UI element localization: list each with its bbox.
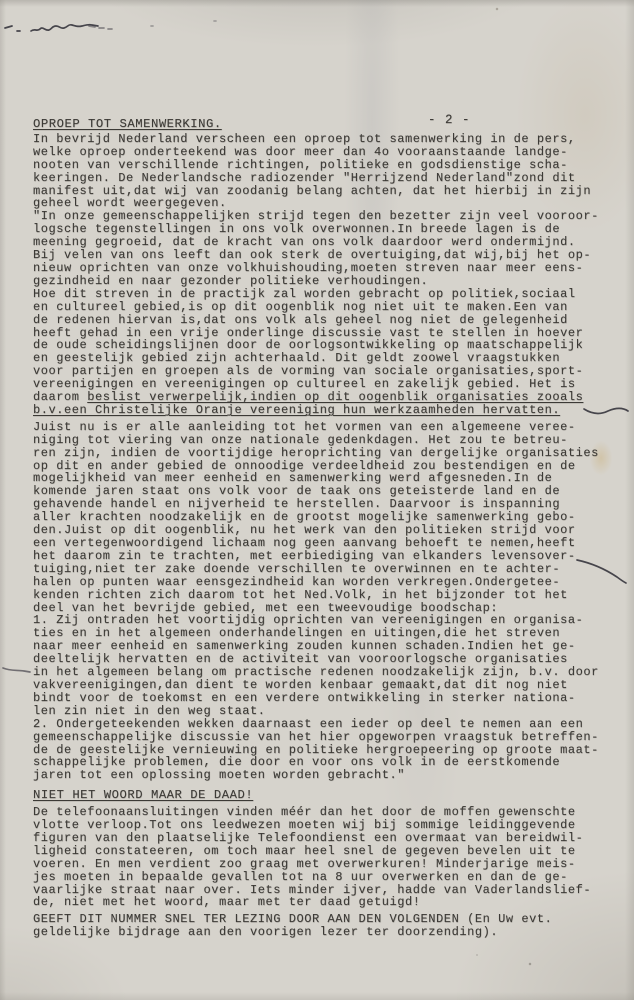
text-line: halen op punten waar eensgezindheid kan … [33, 576, 612, 589]
text-line: voeren. En men verdient zoo graag met ov… [33, 858, 612, 871]
pen-mark-left-margin [3, 668, 30, 672]
text-line: de, niet met het woord, maar met ter daa… [33, 896, 612, 909]
section-heading: NIET HET WOORD MAAR DE DAAD! [33, 789, 612, 802]
text-line: welke oproep onderteekend was door meer … [33, 146, 612, 159]
text-line: keeringen. De Nederlandsche radiozender … [33, 172, 612, 185]
pen-squiggle [31, 25, 98, 31]
text-line: en cultureel gebied,is op dit oogenblik … [33, 301, 612, 314]
text-line: b.v.een Christelijke Oranje vereeniging … [33, 404, 612, 417]
text-line: bindt voor de toekomst en een verdere on… [33, 692, 612, 705]
text-line: niging tot viering van onze nationale ge… [33, 434, 612, 447]
paragraph: In bevrijd Nederland verscheen een oproe… [33, 133, 612, 417]
text-line: len zin niet in den weg staat. [33, 705, 612, 718]
text-line: nieuw oprichten van onze volkhuishouding… [33, 262, 612, 275]
text-line: tuiging,niet ter zake doende verschillen… [33, 563, 612, 576]
text-line: nooten van verschillende richtingen, pol… [33, 159, 612, 172]
text-line: vlotte verloop.Tot ons leedwezen moeten … [33, 819, 612, 832]
text-line: gezindheid en naar gezonder politieke ve… [33, 275, 612, 288]
text-line: het daarom zin te trachten, met eerbiedi… [33, 550, 612, 563]
text-line: In bevrijd Nederland verscheen een oproe… [33, 133, 612, 146]
text-line: Juist nu is er alle aanleiding tot het v… [33, 421, 612, 434]
text-line: jaren tot een oplossing moeten worden ge… [33, 769, 612, 782]
paragraph: GEEFT DIT NUMMER SNEL TER LEZING DOOR AA… [33, 913, 612, 939]
document-text: OPROEP TOT SAMENWERKING.In bevrijd Neder… [33, 118, 612, 939]
text-line: jes moeten in bepaalde gevallen tot na 8… [33, 871, 612, 884]
text-line: een vertegenwoordigend lichaam nog geen … [33, 537, 612, 550]
text-line: de redenen hiervan is,dat ons volk als g… [33, 314, 612, 327]
pen-squiggle-tail [89, 26, 112, 29]
text-line: geldelijke bijdrage aan den voorigen lez… [33, 926, 612, 939]
text-line: ren zijn, indien de voortijdige heropric… [33, 447, 612, 460]
text-line: figuren van den plaatselijke Telefoondie… [33, 832, 612, 845]
paragraph: Juist nu is er alle aanleiding tot het v… [33, 421, 612, 782]
text-line: vakvereenigingen,dan dient te worden ken… [33, 679, 612, 692]
text-line: gemeenschappelijke discussie van het hie… [33, 731, 612, 744]
text-line: ligheid constateeren, om toch maar heel … [33, 845, 612, 858]
text-line: kenden richten zich daarom tot het Ned.V… [33, 589, 612, 602]
paragraph: De telefoonaansluitingen vinden méér dan… [33, 806, 612, 909]
pen-squiggle-dash [5, 26, 12, 28]
text-line: Hoe dit streven in de practijk zal worde… [33, 288, 612, 301]
section-heading: OPROEP TOT SAMENWERKING. [33, 118, 612, 131]
scanned-document-page: - 2 - OPROEP TOT SAMENWERKING.In bevrijd… [0, 0, 634, 1000]
text-line: 2. Ondergeteekenden wekken daarnaast een… [33, 718, 612, 731]
